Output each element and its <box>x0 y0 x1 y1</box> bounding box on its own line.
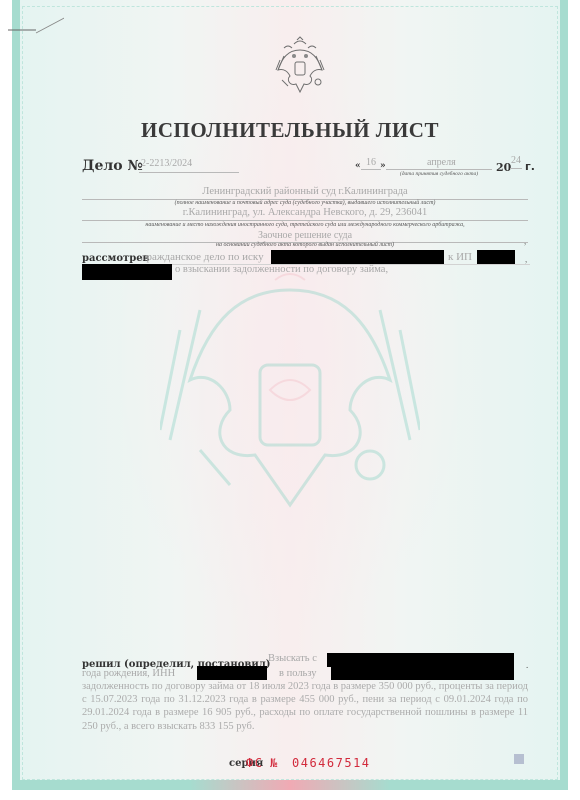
date-close-quote: » <box>380 161 386 171</box>
considered-text-before: гражданское дело по иску <box>142 251 264 263</box>
coat-of-arms-icon <box>274 36 326 98</box>
considered-text-after: о взыскании задолженности по договору за… <box>175 264 388 275</box>
basis-trailing-comma: , <box>524 236 526 246</box>
basis-text: Заочное решение суда <box>82 230 528 241</box>
considered-label: рассмотрев <box>82 253 150 264</box>
case-number-underline <box>139 172 239 173</box>
court-address-underline <box>82 220 528 221</box>
date-hint: (дата принятия судебного акта) <box>386 171 492 177</box>
redacted-defendant-name <box>82 264 172 280</box>
court-name-hint: (полное наименование и почтовый адрес су… <box>82 200 528 206</box>
date-month: апреля <box>427 157 456 168</box>
corner-fold-mark <box>4 14 64 38</box>
series-number: 046467514 <box>292 756 371 770</box>
date-month-underline <box>386 169 492 170</box>
basis-hint: на основании судебного акта которого выд… <box>82 242 528 248</box>
decision-start: Взыскать с <box>268 653 317 664</box>
coat-of-arms-watermark-icon <box>160 270 420 520</box>
redacted-inn <box>197 666 267 680</box>
considered-text-middle: к ИП <box>448 251 472 263</box>
court-name: Ленинградский районный суд г.Калининград… <box>82 186 528 197</box>
redacted-creditor <box>331 666 514 680</box>
series-number-sign: № <box>270 756 279 770</box>
case-number-label: Дело № <box>82 158 143 174</box>
case-number-value: 2-2213/2024 <box>141 158 192 169</box>
decision-line2-a: года рождения, ИНН <box>82 668 175 679</box>
redacted-plaintiff <box>271 250 444 265</box>
series-code: ФС <box>246 756 263 770</box>
considered-trailing-comma: , <box>525 254 527 264</box>
redacted-defendant <box>477 250 515 265</box>
date-year-underline <box>510 168 522 169</box>
decision-body: задолженность по договору займа от 18 ию… <box>82 680 528 733</box>
decision-trailing-dot: . <box>526 660 528 670</box>
document-title: ИСПОЛНИТЕЛЬНЫЙ ЛИСТ <box>0 118 580 143</box>
court-address-hint: наименование и место нахождения иностран… <box>82 222 528 228</box>
date-year-unit: г. <box>525 160 535 173</box>
security-mark-square <box>514 754 524 764</box>
redacted-debtor <box>327 653 514 667</box>
date-open-quote: « <box>355 161 361 171</box>
date-day-underline <box>361 169 381 170</box>
date-day: 16 <box>366 157 376 168</box>
date-year-suffix: 24 <box>511 155 521 166</box>
frame-bottom-accent <box>190 780 390 790</box>
decision-line2-b: в пользу <box>279 668 317 679</box>
court-address: г.Калининград, ул. Александра Невского, … <box>82 207 528 218</box>
